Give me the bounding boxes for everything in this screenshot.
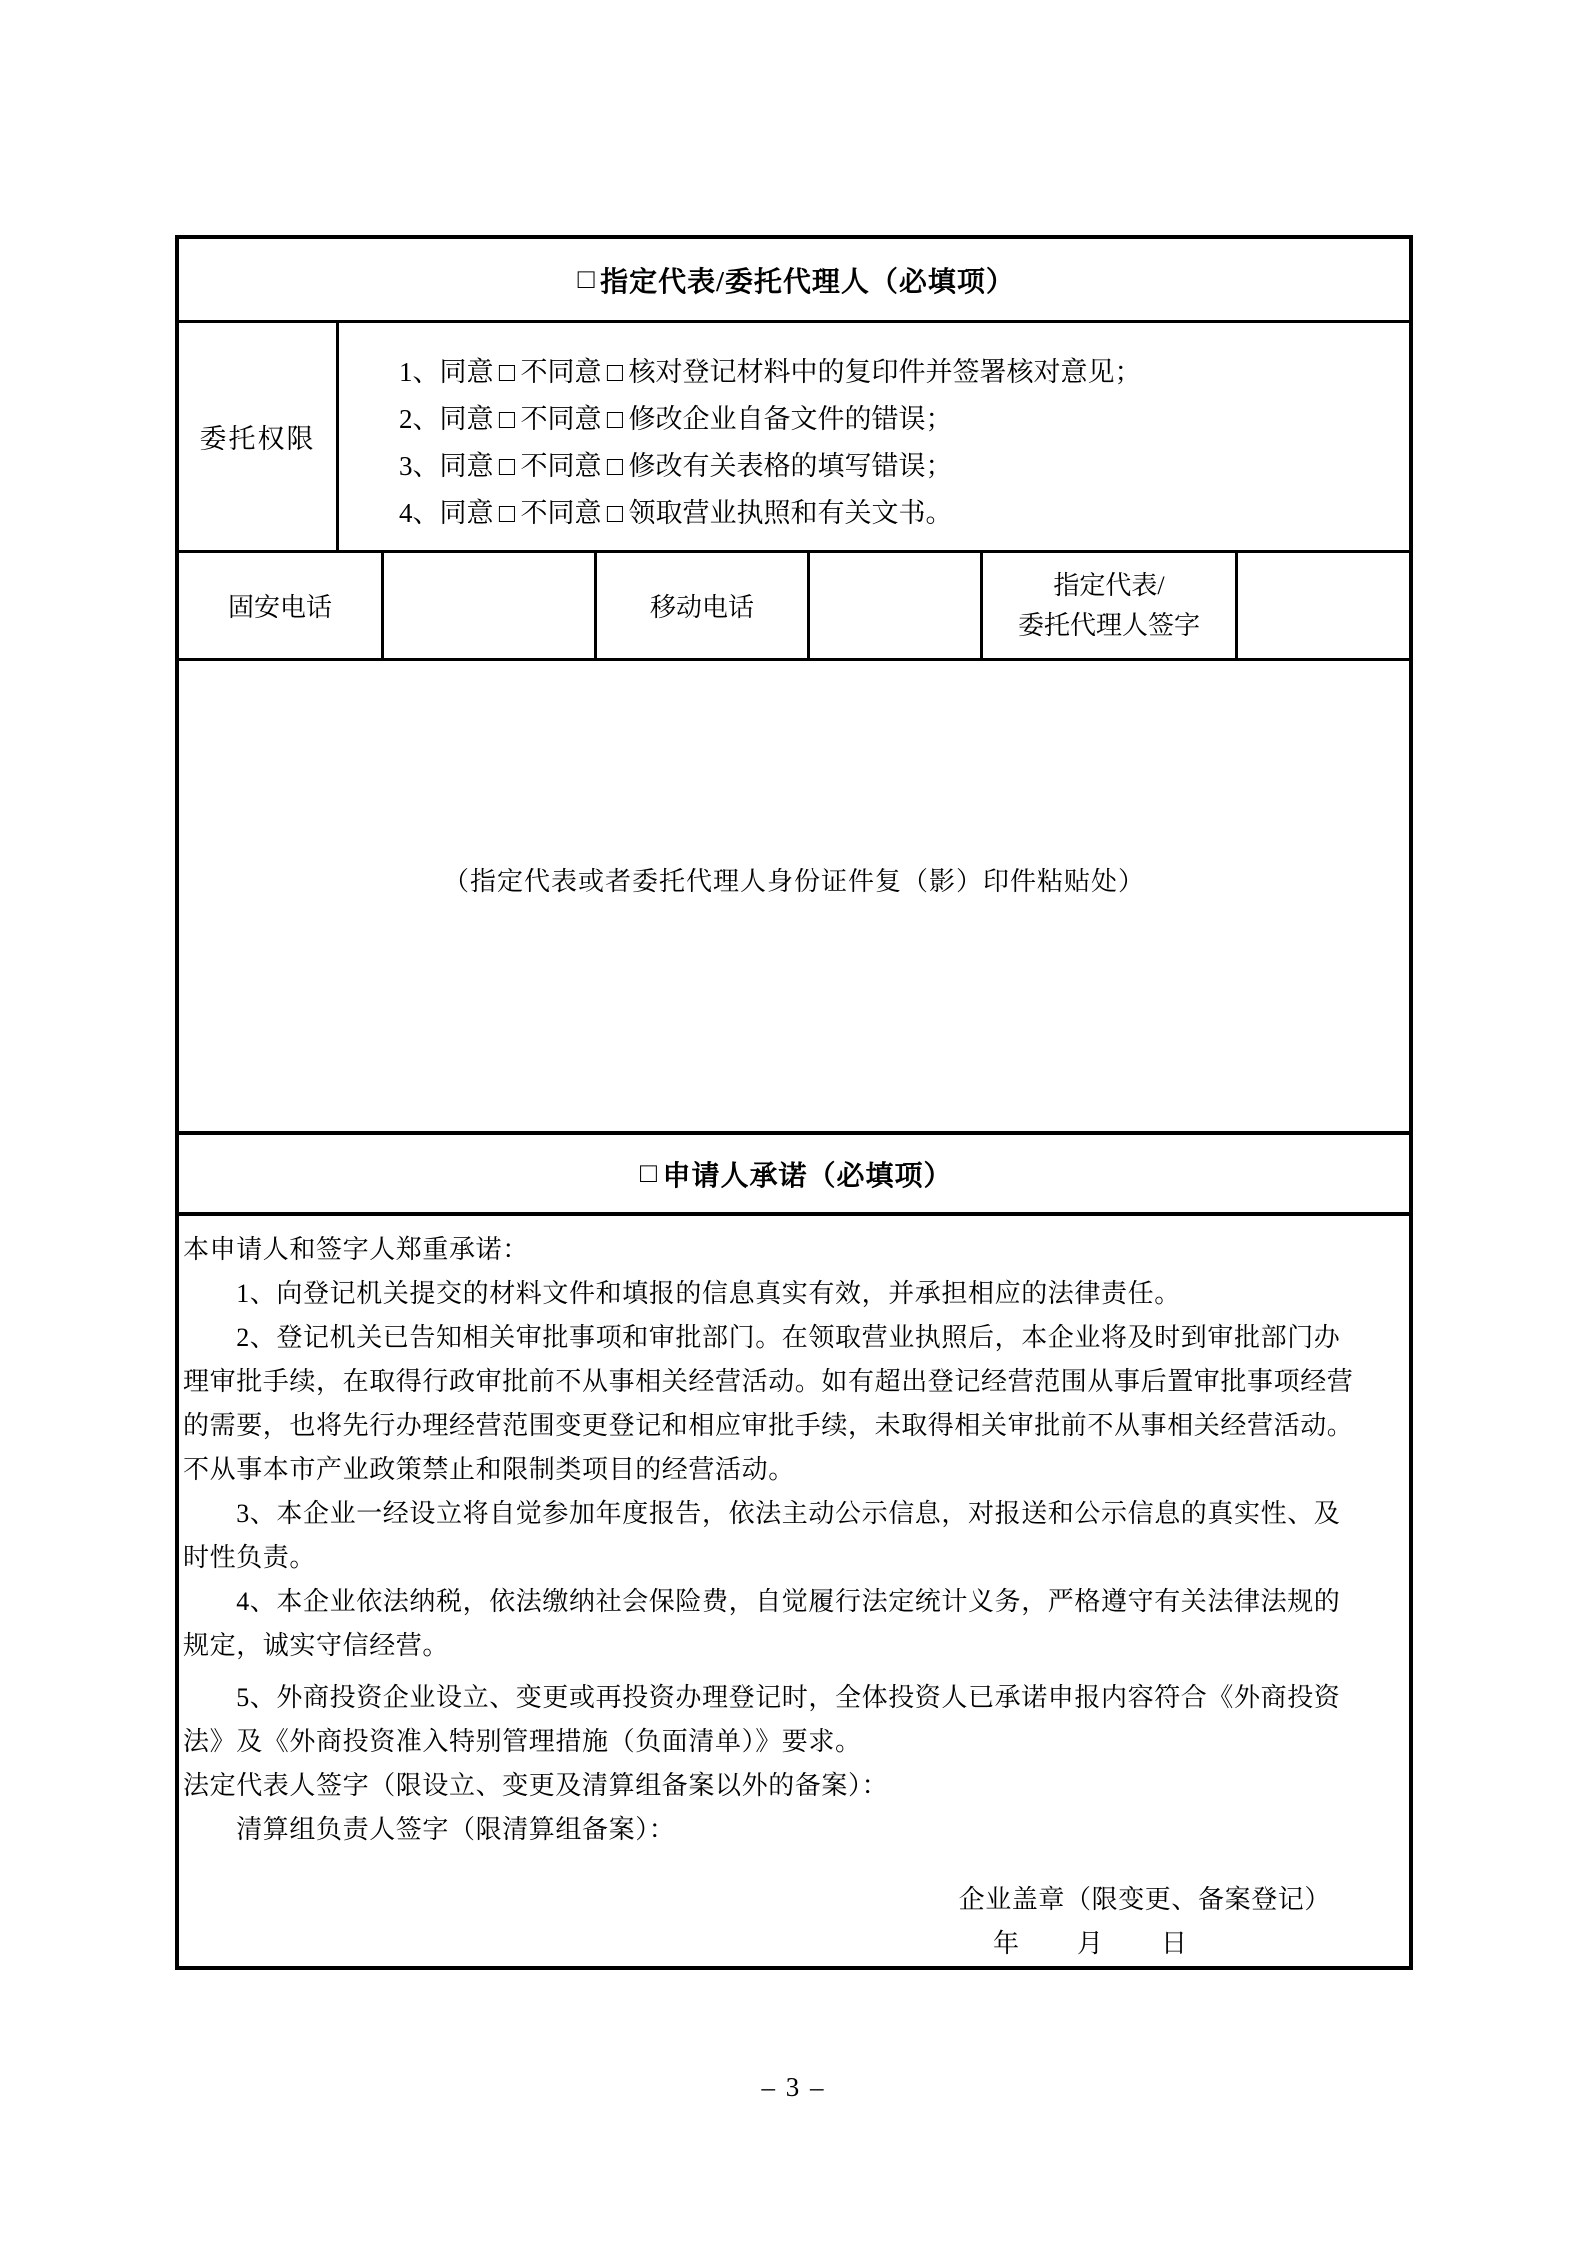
promise-line: 本申请人和签字人郑重承诺： xyxy=(183,1228,1407,1272)
section-agent-title: 指定代表/委托代理人（必填项） xyxy=(600,260,1015,300)
promise-line: 法》及《外商投资准入特别管理措施（负面清单）》要求。 xyxy=(183,1720,1407,1764)
authorization-row: 委托权限 1、同意□不同意□核对登记材料中的复印件并签署核对意见； 2、同意□不… xyxy=(179,323,1409,553)
mobile-phone-input[interactable] xyxy=(810,553,983,658)
promise-line: 4、本企业依法纳税，依法缴纳社会保险费，自觉履行法定统计义务，严格遵守有关法律法… xyxy=(183,1580,1407,1624)
section-promise-title-row: □申请人承诺（必填项） xyxy=(179,1135,1409,1216)
disagree-checkbox-1[interactable]: □ xyxy=(602,349,629,396)
auth-item-2-rest: 修改企业自备文件的错误； xyxy=(629,404,953,434)
auth-item-4-rest: 领取营业执照和有关文书。 xyxy=(629,498,953,528)
promise-line: 不从事本市产业政策禁止和限制类项目的经营活动。 xyxy=(183,1448,1407,1492)
id-copy-paste-area[interactable]: （指定代表或者委托代理人身份证件复（影）印件粘贴处） xyxy=(179,661,1409,1135)
promise-line: 的需要，也将先行办理经营范围变更登记和相应审批手续，未取得相关审批前不从事相关经… xyxy=(183,1404,1407,1448)
auth-item-1-mid: 不同意 xyxy=(521,357,602,387)
promise-line: 时性负责。 xyxy=(183,1536,1407,1580)
agent-signature-label-line1: 指定代表/ xyxy=(1053,566,1164,606)
legal-rep-signature-line[interactable]: 法定代表人签字（限设立、变更及清算组备案以外的备案）： xyxy=(183,1764,1407,1808)
fixed-phone-input[interactable] xyxy=(384,553,597,658)
promise-line: 规定，诚实守信经营。 xyxy=(183,1624,1407,1668)
auth-item-3: 3、同意□不同意□修改有关表格的填写错误； xyxy=(399,443,1409,490)
promise-line: 理审批手续，在取得行政审批前不从事相关经营活动。如有超出登记经营范围从事后置审批… xyxy=(183,1360,1407,1404)
auth-item-2: 2、同意□不同意□修改企业自备文件的错误； xyxy=(399,396,1409,443)
auth-item-1: 1、同意□不同意□核对登记材料中的复印件并签署核对意见； xyxy=(399,349,1409,396)
auth-item-1-rest: 核对登记材料中的复印件并签署核对意见； xyxy=(629,357,1142,387)
agree-checkbox-4[interactable]: □ xyxy=(494,490,521,537)
section-promise-title: 申请人承诺（必填项） xyxy=(662,1154,952,1194)
agent-signature-label: 指定代表/ 委托代理人签字 xyxy=(983,553,1238,658)
agent-signature-input[interactable] xyxy=(1238,553,1409,658)
company-stamp-block: 企业盖章（限变更、备案登记） 年 月 日 xyxy=(183,1878,1407,1966)
fixed-phone-label: 固安电话 xyxy=(179,553,384,658)
section-agent-checkbox-icon[interactable]: □ xyxy=(573,264,600,296)
promise-line: 5、外商投资企业设立、变更或再投资办理登记时，全体投资人已承诺申报内容符合《外商… xyxy=(183,1676,1407,1720)
promise-line: 1、向登记机关提交的材料文件和填报的信息真实有效，并承担相应的法律责任。 xyxy=(183,1272,1407,1316)
auth-item-2-mid: 不同意 xyxy=(521,404,602,434)
agree-checkbox-1[interactable]: □ xyxy=(494,349,521,396)
form-page: □指定代表/委托代理人（必填项） 委托权限 1、同意□不同意□核对登记材料中的复… xyxy=(0,0,1587,2245)
agree-checkbox-2[interactable]: □ xyxy=(494,396,521,443)
section-promise-checkbox-icon[interactable]: □ xyxy=(635,1158,662,1190)
contact-row: 固安电话 移动电话 指定代表/ 委托代理人签字 xyxy=(179,553,1409,661)
authorization-items: 1、同意□不同意□核对登记材料中的复印件并签署核对意见； 2、同意□不同意□修改… xyxy=(339,323,1409,550)
registration-form-table: □指定代表/委托代理人（必填项） 委托权限 1、同意□不同意□核对登记材料中的复… xyxy=(175,235,1413,1970)
auth-item-3-mid: 不同意 xyxy=(521,451,602,481)
company-stamp-label: 企业盖章（限变更、备案登记） xyxy=(183,1878,1331,1922)
page-number: – 3 – xyxy=(0,2072,1587,2103)
disagree-checkbox-4[interactable]: □ xyxy=(602,490,629,537)
section-agent-title-row: □指定代表/委托代理人（必填项） xyxy=(179,239,1409,323)
authorization-label: 委托权限 xyxy=(179,323,339,550)
mobile-phone-label: 移动电话 xyxy=(597,553,810,658)
id-copy-paste-note: （指定代表或者委托代理人身份证件复（影）印件粘贴处） xyxy=(443,867,1145,896)
auth-item-4-pre: 4、同意 xyxy=(399,498,494,528)
date-fill-line[interactable]: 年 月 日 xyxy=(183,1922,1331,1966)
disagree-checkbox-2[interactable]: □ xyxy=(602,396,629,443)
auth-item-3-pre: 3、同意 xyxy=(399,451,494,481)
agent-signature-label-line2: 委托代理人签字 xyxy=(1018,606,1200,646)
promise-line: 3、本企业一经设立将自觉参加年度报告，依法主动公示信息，对报送和公示信息的真实性… xyxy=(183,1492,1407,1536)
disagree-checkbox-3[interactable]: □ xyxy=(602,443,629,490)
liquidation-signature-line[interactable]: 清算组负责人签字（限清算组备案）： xyxy=(183,1808,1407,1852)
auth-item-2-pre: 2、同意 xyxy=(399,404,494,434)
auth-item-4-mid: 不同意 xyxy=(521,498,602,528)
promise-line: 2、登记机关已告知相关审批事项和审批部门。在领取营业执照后，本企业将及时到审批部… xyxy=(183,1316,1407,1360)
auth-item-1-pre: 1、同意 xyxy=(399,357,494,387)
auth-item-4: 4、同意□不同意□领取营业执照和有关文书。 xyxy=(399,490,1409,537)
agree-checkbox-3[interactable]: □ xyxy=(494,443,521,490)
promise-body: 本申请人和签字人郑重承诺： 1、向登记机关提交的材料文件和填报的信息真实有效，并… xyxy=(179,1216,1409,1966)
auth-item-3-rest: 修改有关表格的填写错误； xyxy=(629,451,953,481)
